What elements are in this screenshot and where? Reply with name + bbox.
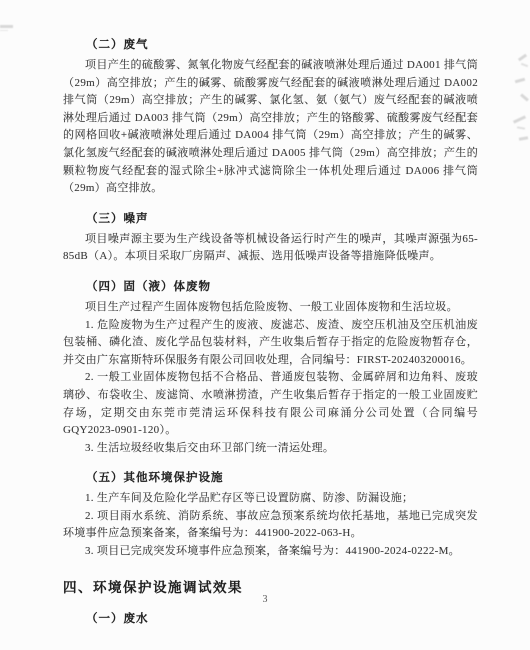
section-heading-other-facilities: （五）其他环境保护设施 <box>63 469 478 487</box>
paragraph-anticorrosion-facilities: 1. 生产车间及危险化学品贮存区等已设置防腐、防渗、防漏设施； <box>63 490 478 508</box>
section-heading-wastewater: （一）废水 <box>63 610 478 628</box>
paragraph-general-industrial-waste: 2. 一般工业固体废物包括不合格品、普通废包装物、金属碎屑和边角料、废玻璃砂、布… <box>63 369 478 439</box>
scan-artifact <box>518 54 527 62</box>
scan-artifact <box>0 30 8 31</box>
scan-artifact <box>515 78 525 83</box>
paragraph-solid-waste-intro: 项目生产过程产生固体废物包括危险废物、一般工业固体废物和生活垃圾。 <box>63 299 478 317</box>
paragraph-emergency-plan-base: 2. 项目雨水系统、消防系统、事故应急预案系统均依托基地，基地已完成突发环境事件… <box>63 508 478 543</box>
paragraph-waste-gas: 项目产生的硫酸雾、氮氧化物废气经配套的碱液喷淋处理后通过 DA001 排气筒（2… <box>63 57 478 198</box>
scan-artifact <box>513 115 526 123</box>
section-heading-waste-gas: （二）废气 <box>63 36 478 54</box>
scan-artifact <box>519 136 528 141</box>
paragraph-domestic-garbage: 3. 生活垃圾经收集后交由环卫部门统一清运处理。 <box>63 440 478 458</box>
section-heading-solid-waste: （四）固（液）体废物 <box>63 278 478 296</box>
paragraph-hazardous-waste: 1. 危险废物为生产过程产生的废液、废滤芯、废渣、废空压机油及空压机油废包装桶、… <box>63 317 478 370</box>
paragraph-noise: 项目噪声源主要为生产线设备等机械设备运行时产生的噪声，其噪声源强为65-85dB… <box>63 231 478 266</box>
paragraph-emergency-plan-project: 3. 项目已完成突发环境事件应急预案，备案编号为：441900-2024-022… <box>63 543 478 561</box>
scan-artifact <box>517 126 525 129</box>
scan-artifact <box>521 63 528 67</box>
document-page: （二）废气 项目产生的硫酸雾、氮氧化物废气经配套的碱液喷淋处理后通过 DA001… <box>0 0 530 650</box>
section-heading-noise: （三）噪声 <box>63 210 478 228</box>
page-content: （二）废气 项目产生的硫酸雾、氮氧化物废气经配套的碱液喷淋处理后通过 DA001… <box>63 36 478 631</box>
scan-artifact <box>0 25 13 28</box>
scan-artifact <box>520 93 529 101</box>
page-number: 3 <box>0 594 530 605</box>
